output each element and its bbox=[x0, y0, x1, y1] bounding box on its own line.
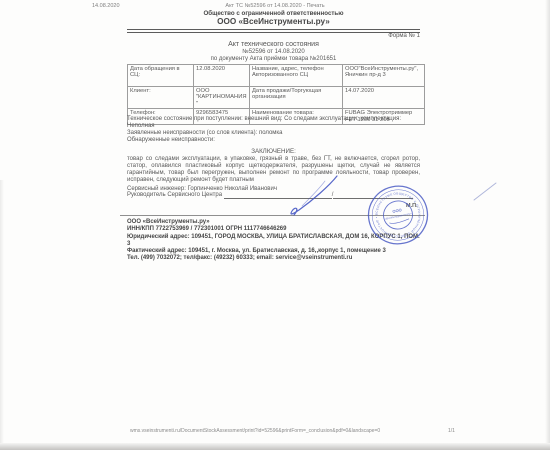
signature-blank-line bbox=[224, 192, 332, 199]
requisites-inn: ИНН/КПП 7722753969 / 772301001 ОГРН 1117… bbox=[127, 226, 420, 233]
scan-edge-left bbox=[0, 180, 4, 450]
table-row: Клиент: ООО "КАРТИНОМАНИЯ" Дата продажи/… bbox=[128, 87, 425, 109]
cell-value-sale-date: 14.07.2020 bbox=[343, 87, 425, 109]
cell-label-client: Клиент: bbox=[128, 87, 194, 109]
mp-seal-label: М.П. bbox=[406, 203, 418, 209]
pen-mark-icon bbox=[470, 179, 500, 203]
company-requisites: ООО «ВсеИнструменты.ру» ИНН/КПП 77227539… bbox=[127, 219, 420, 263]
doc-number-line: №52596 от 14.08.2020 bbox=[127, 49, 420, 55]
org-type-line: Общество с ограниченной ответственностью bbox=[127, 10, 420, 17]
cell-label-sale-date: Дата продажи/Торгующая организация bbox=[250, 87, 343, 109]
print-header-title: Акт ТС №52596 от 14.08.2020 - Печать bbox=[0, 3, 550, 9]
head-label: Руководитель Сервисного Центра bbox=[127, 192, 224, 198]
doc-title: Акт технического состояния bbox=[127, 41, 420, 48]
head-signature-row: Руководитель Сервисного Центра / bbox=[127, 192, 420, 199]
table-row: Дата обращения в СЦ: 12.08.2020 Название… bbox=[128, 65, 425, 87]
found-faults: Обнаруженные неисправности: bbox=[127, 137, 420, 144]
cell-value-sc: ООО"ВсеИнструменты.ру", Яничкин пр-д 3 bbox=[343, 65, 425, 87]
requisites-divider bbox=[120, 215, 425, 216]
cell-label-date: Дата обращения в СЦ: bbox=[128, 65, 194, 87]
doc-basis-line: по документу Акта приёмки товара №201651 bbox=[127, 56, 420, 62]
scan-edge-bottom bbox=[0, 443, 550, 450]
svg-text:ООО: ООО bbox=[392, 207, 402, 214]
name-blank-line bbox=[333, 192, 413, 199]
requisites-legal-address: Юридический адрес: 109451, ГОРОД МОСКВА,… bbox=[127, 234, 420, 249]
requisites-contacts: Тел. (499) 7032072; тел/факс: (49232) 60… bbox=[127, 255, 420, 262]
requisites-org-name: ООО «ВсеИнструменты.ру» bbox=[127, 219, 420, 226]
scan-edge-right bbox=[545, 0, 550, 450]
cell-label-sc: Название, адрес, телефон Авторизованного… bbox=[250, 65, 343, 87]
print-footer-url: wms.vseinstrumenti.ru/DocumentStockAsses… bbox=[130, 428, 380, 434]
condition-block: Техническое состояние при поступлении: в… bbox=[127, 116, 420, 144]
conclusion-text: товар со следами эксплуатации, в упаковк… bbox=[127, 156, 420, 184]
conclusion-heading: ЗАКЛЮЧЕНИЕ: bbox=[127, 148, 420, 155]
org-name-line: ООО «ВсеИнструменты.ру» bbox=[127, 17, 420, 26]
cell-value-date: 12.08.2020 bbox=[194, 65, 250, 87]
form-number-label: Форма № 1 bbox=[127, 33, 420, 39]
claimed-faults: Заявленные неисправности (со слов клиент… bbox=[127, 130, 420, 137]
cell-value-client: ООО "КАРТИНОМАНИЯ" bbox=[194, 87, 250, 109]
print-footer-page-number: 1/1 bbox=[448, 428, 455, 434]
scanned-document-page: 14.08.2020 Акт ТС №52596 от 14.08.2020 -… bbox=[0, 0, 550, 450]
condition-on-arrival: Техническое состояние при поступлении: в… bbox=[127, 116, 420, 130]
